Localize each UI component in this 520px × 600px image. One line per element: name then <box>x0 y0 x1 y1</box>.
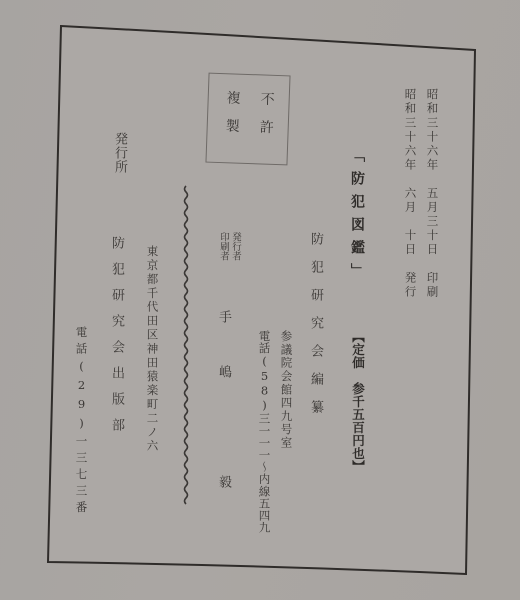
book-title: 「防犯図鑑」 <box>350 148 364 286</box>
publisher-role-label: 発行者 <box>230 232 240 261</box>
editor-name: 防犯研究会編纂 <box>309 232 322 428</box>
price: 【定価 参千五百円也】 <box>351 330 364 473</box>
publisher-address: 東京都千代田区神田猿楽町二ノ六 <box>146 245 158 454</box>
printer-role-label: 印刷者 <box>218 232 228 261</box>
copyright-notice-box: 不許 複製 <box>205 73 290 166</box>
copyright-notice-col2: 複製 <box>221 90 243 147</box>
publish-date: 昭和三十六年 六月 十日 発行 <box>404 88 416 300</box>
publisher-name: 防犯研究会出版部 <box>110 236 123 444</box>
print-date: 昭和三十六年 五月三十日 印刷 <box>426 88 438 300</box>
publisher-person: 手嶋 毅 <box>217 310 230 530</box>
editor-address: 参議院会館四九号室 <box>280 330 292 450</box>
copyright-notice-col1: 不許 <box>255 91 277 148</box>
publisher-phone: 電話(29)一三七三番 <box>75 326 87 518</box>
editor-phone: 電話(58)三一一一〜内線五四九 <box>258 330 270 534</box>
publisher-office-label: 発行所 <box>113 132 126 174</box>
